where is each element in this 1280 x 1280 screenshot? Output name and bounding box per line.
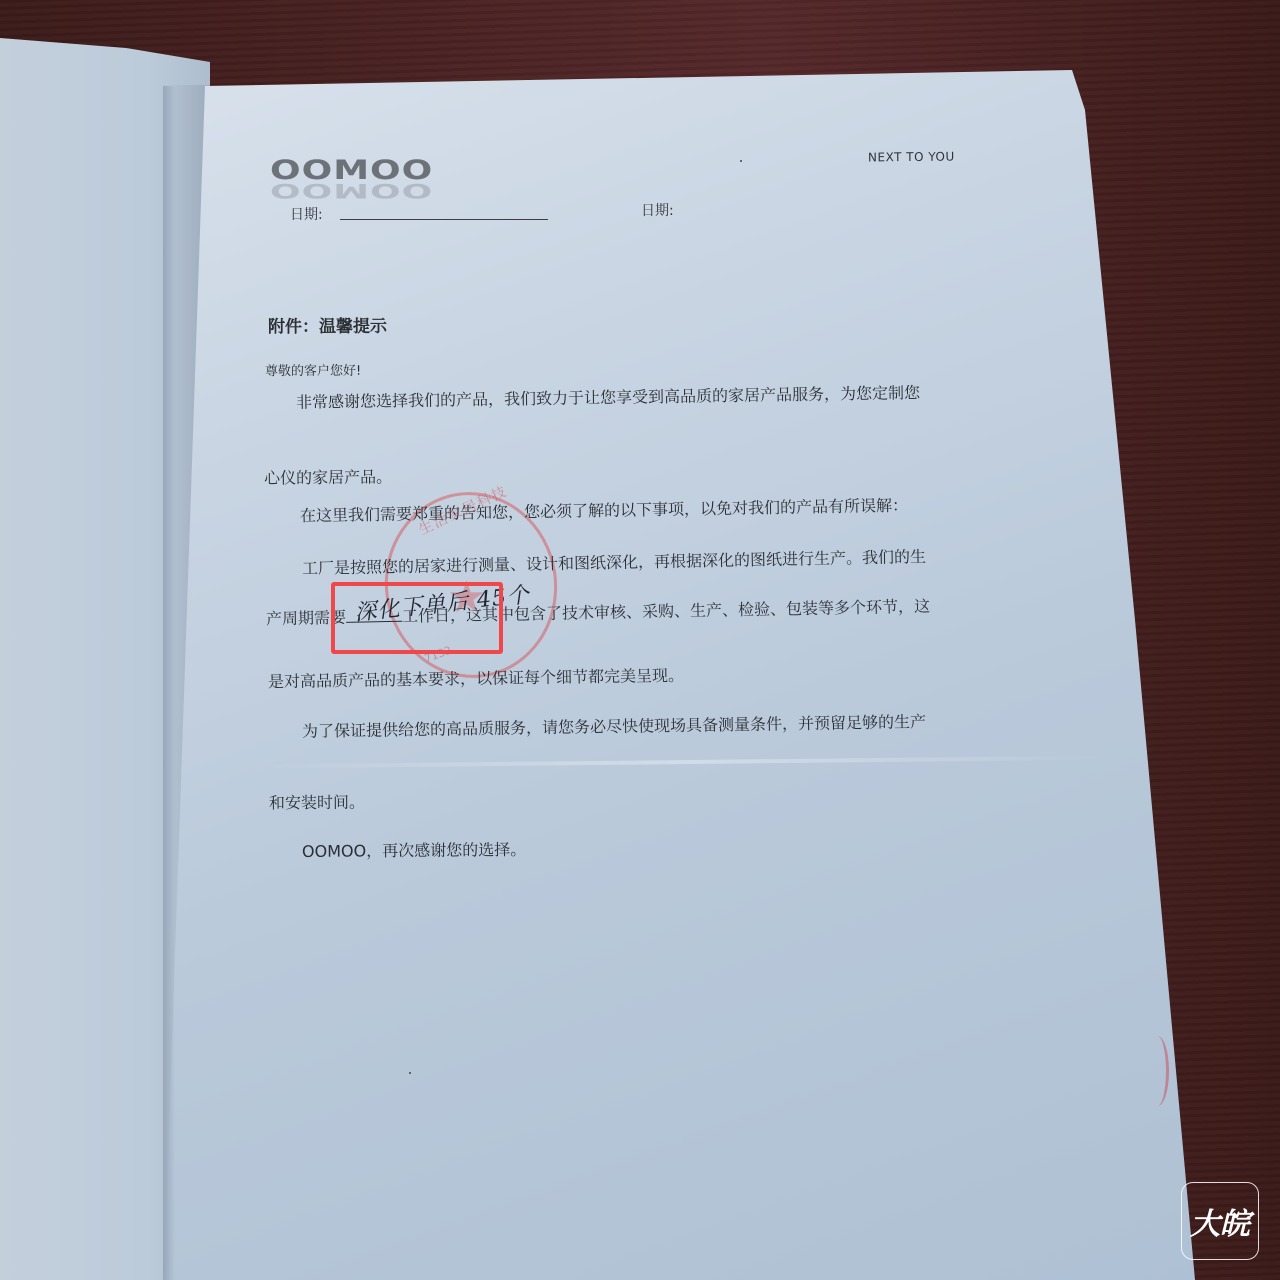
speck: [740, 160, 742, 162]
speck: [409, 1072, 411, 1074]
date-fill-line: [340, 219, 548, 220]
paragraph-3-line-3: 是对高品质产品的基本要求，以保证每个细节都完美呈现。: [268, 663, 684, 693]
document-heading: 附件：温馨提示: [268, 312, 387, 338]
watermark-logo: 大皖: [1181, 1182, 1259, 1260]
paragraph-1-line-2: 心仪的家居产品。: [264, 464, 392, 488]
red-highlight-box: [331, 582, 503, 654]
document-content: OOMOO OOMOO NEXT TO YOU 日期: 日期: 附件：温馨提示 …: [0, 0, 1280, 1280]
paragraph-4-line-1: 为了保证提供给您的高品质服务，请您务必尽快使现场具备测量条件，并预留足够的生产: [302, 709, 926, 742]
paragraph-4-line-2: 和安装时间。: [269, 790, 365, 814]
date-label-left: 日期:: [290, 204, 323, 224]
closing-line: OOMOO，再次感谢您的选择。: [302, 837, 526, 862]
brand-tagline: NEXT TO YOU: [868, 150, 955, 165]
partial-seal-edge: [1146, 1036, 1169, 1106]
paragraph-2-line-1: 在这里我们需要郑重的告知您，您必须了解的以下事项，以免对我们的产品有所误解：: [300, 493, 908, 527]
greeting: 尊敬的客户您好!: [265, 360, 361, 380]
paragraph-1-line-1: 非常感谢您选择我们的产品，我们致力于让您享受到高品质的家居产品服务，为您定制您: [296, 380, 920, 413]
brand-logo-reflection: OOMOO: [270, 179, 433, 202]
date-label-right: 日期:: [641, 200, 674, 220]
